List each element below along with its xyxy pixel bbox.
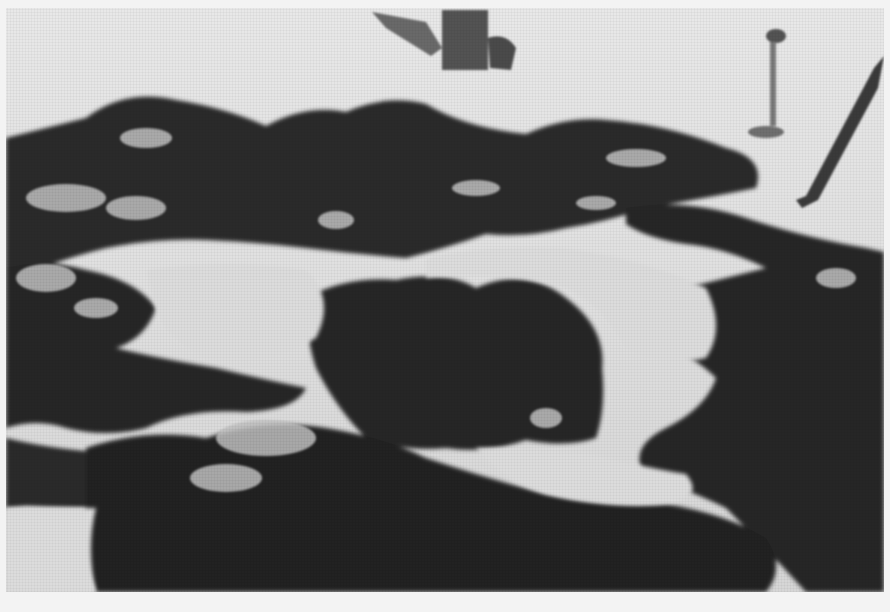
- photo-scene: [6, 8, 884, 592]
- photograph: [6, 8, 884, 592]
- page: [0, 0, 890, 612]
